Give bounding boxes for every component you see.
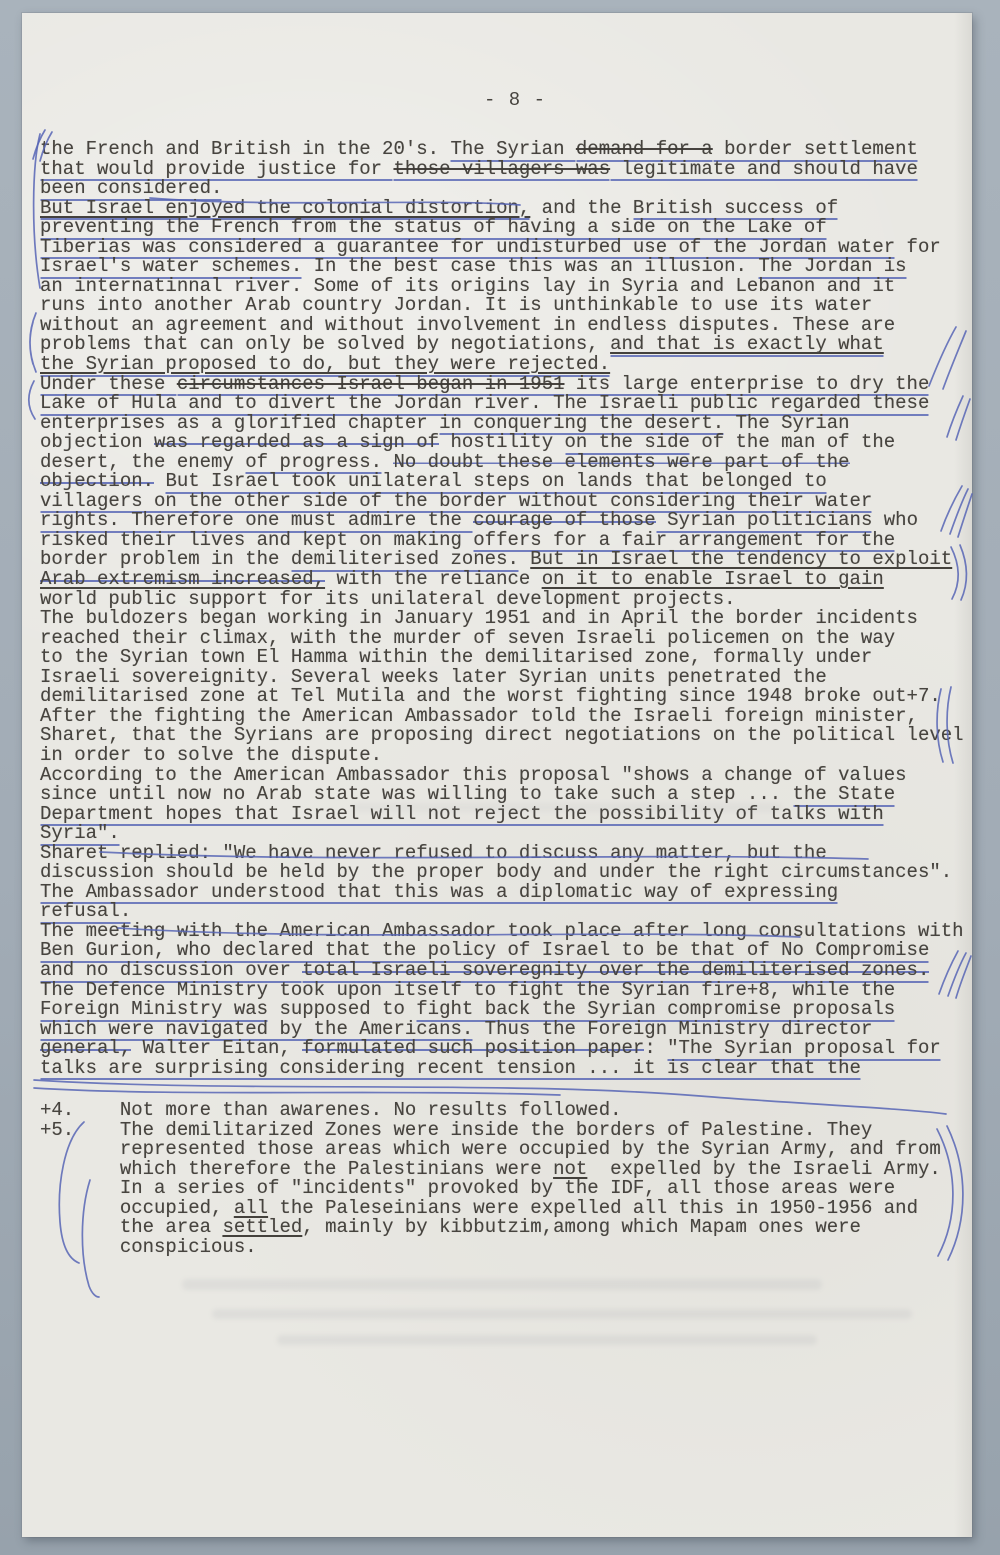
text-line: discussion should be held by the proper … [40,863,964,883]
text-segment: since until now no Arab state was willin… [40,785,793,805]
text-line: preventing the French from the status of… [40,218,964,238]
text-segment: In the best case this was an illusion. [302,257,758,277]
text-segment: on the side [565,433,690,453]
text-segment: the Syrian proposed to do, but they were… [40,355,610,375]
text-segment: discussion should be held by the proper … [40,863,952,883]
text-line: general, Walter Eitan, formulated such p… [40,1039,964,1059]
text-segment: refusal. [40,902,131,922]
text-segment: been considered. [40,179,222,199]
text-line: runs into another Arab country Jordan. I… [40,296,964,316]
text-segment: The Ambassador understood that this was … [40,883,838,903]
text-segment: runs into another Arab country Jordan. I… [40,296,872,316]
text-segment: objection. [40,472,154,492]
text-line: represented those areas which were occup… [40,1140,941,1160]
text-segment: and no discussion over [40,961,302,981]
text-segment: In a series of "incidents" provoked by t… [40,1179,895,1199]
text-line: the Syrian proposed to do, but they were… [40,355,964,375]
bleedthrough-text [182,1279,822,1290]
text-segment: But Israel took unilateral steps on land… [165,472,826,492]
text-segment: those villagers was [393,160,610,180]
text-line: In a series of "incidents" provoked by t… [40,1179,941,1199]
text-line: rights. Therefore one must admire the co… [40,511,964,531]
text-line: in order to solve the dispute. [40,746,964,766]
text-line: talks are surprising considering recent … [40,1059,964,1079]
text-segment: Syrian politicians [656,511,873,531]
text-segment: total Israeli soveregnity over the demil… [302,961,929,981]
text-segment: formulated such position paper [302,1039,644,1059]
text-line: Israel's water schemes. In the best case… [40,257,964,277]
bleedthrough-text [352,803,782,812]
text-segment: the French and British in the 20's. [40,140,450,160]
text-segment: represented those areas which were occup… [40,1140,941,1160]
document-body: the French and British in the 20's. The … [40,140,964,1078]
text-segment: Arab extremism increased, [40,570,325,590]
text-segment: Lake of Hula and to divert the Jordan ri… [40,394,929,414]
text-line: and no discussion over total Israeli sov… [40,961,964,981]
text-segment: general, [40,1039,131,1059]
text-segment: fight back the Syrian compromise proposa… [416,1000,895,1020]
text-segment: courage of those [473,511,655,531]
text-line: +4. Not more than awarenes. No results f… [40,1101,941,1121]
scanned-page: - 8 - the French and British in the 20's… [22,13,972,1537]
text-line: since until now no Arab state was willin… [40,785,964,805]
text-segment: border settlement [713,140,918,160]
text-line: the French and British in the 20's. The … [40,140,964,160]
text-line: The buldozers began working in January 1… [40,609,964,629]
text-line: to the Syrian town El Hamma within the d… [40,648,964,668]
text-line: Arab extremism increased, with the relia… [40,570,964,590]
text-segment: conspicious. [40,1238,257,1258]
text-segment: "The Syrian proposal for [667,1039,941,1059]
text-segment: Foreign Ministry was [40,1000,268,1020]
text-segment: , mainly by kibbutzim,among which Mapam … [302,1218,861,1238]
text-segment: preventing the French from the status of… [40,218,827,238]
text-segment: demand for a [576,140,713,160]
text-line: the area settled, mainly by kibbutzim,am… [40,1218,941,1238]
text-segment: Israel's water schemes. [40,257,302,277]
text-segment: and that is exactly what [610,335,884,355]
bleedthrough-text [277,1335,817,1345]
text-segment: who [872,511,918,531]
text-segment: to the Syrian town El Hamma within the d… [40,648,872,668]
text-segment: Walter Eitan, [131,1039,302,1059]
footnotes-block: +4. Not more than awarenes. No results f… [40,1101,941,1257]
text-segment: hostility [439,433,564,453]
text-segment: with the reliance [325,570,542,590]
text-line: refusal. [40,902,964,922]
scan-background: - 8 - the French and British in the 20's… [0,0,1000,1555]
text-line: been considered. [40,179,964,199]
text-line: Syria". [40,824,964,844]
text-segment: talks are surprising considering recent … [40,1059,861,1079]
text-line: Lake of Hula and to divert the Jordan ri… [40,394,964,414]
text-segment: supposed to [268,1000,416,1020]
text-segment: rights. Therefore one must admire the [40,511,473,531]
text-line: objection. But Israel took unilateral st… [40,472,964,492]
text-segment: legitimate and should have [610,160,918,180]
text-segment: objection [40,433,154,453]
text-segment: the State [793,785,896,805]
text-line: demilitarised zone at Tel Mutila and the… [40,687,964,707]
text-line: The Ambassador understood that this was … [40,883,964,903]
text-segment: Syria". [40,824,120,844]
text-segment: demilitarised zone at Tel Mutila and the… [40,687,941,707]
text-segment: in order to solve the dispute. [40,746,382,766]
text-line: conspicious. [40,1238,941,1258]
text-segment: : [644,1039,667,1059]
text-segment: of the man of the [690,433,895,453]
text-segment: The buldozers began working in January 1… [40,609,918,629]
text-segment [154,472,165,492]
text-segment: +4. Not more than awarenes. No results f… [40,1101,622,1121]
text-segment: was regarded as a sign of [154,433,439,453]
text-segment: The Jordan is [758,257,906,277]
text-line: objection was regarded as a sign of host… [40,433,964,453]
text-segment: on it to enable Israel to gain [542,570,884,590]
text-segment: the area [40,1218,222,1238]
bleedthrough-text [212,1309,912,1319]
text-segment: settled [222,1218,302,1238]
text-line: Foreign Ministry was supposed to fight b… [40,1000,964,1020]
page-number: - 8 - [484,89,546,111]
text-segment: The Syrian [450,140,575,160]
